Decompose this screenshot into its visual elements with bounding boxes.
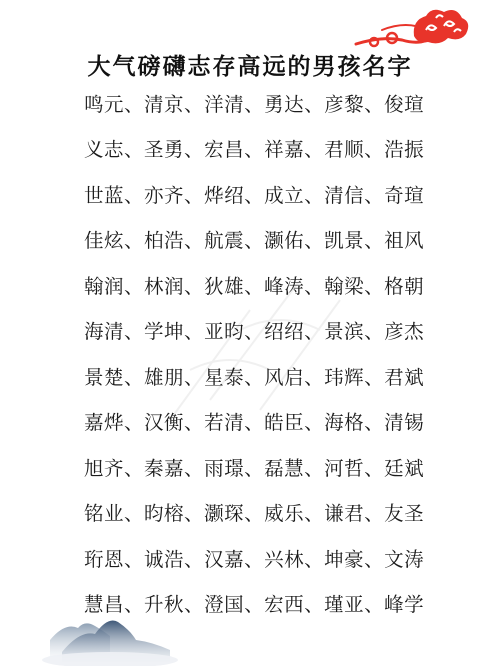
boy-name: 清京 — [144, 90, 184, 120]
separator: 、 — [244, 593, 264, 616]
boy-name: 文涛 — [384, 545, 424, 575]
boy-name: 翰润 — [84, 272, 124, 302]
boy-name: 瑾亚 — [324, 590, 364, 620]
separator: 、 — [184, 275, 204, 298]
boy-name: 彦杰 — [384, 317, 424, 347]
separator: 、 — [304, 457, 324, 480]
boy-name: 祖风 — [384, 226, 424, 256]
boy-name: 君顺 — [324, 135, 364, 165]
boy-name: 玮辉 — [324, 363, 364, 393]
separator: 、 — [124, 411, 144, 434]
boy-name: 亦齐 — [144, 181, 184, 211]
boy-name: 林润 — [144, 272, 184, 302]
separator: 、 — [244, 366, 264, 389]
name-row: 世蓝、亦齐、烨绍、成立、清信、奇瑄 — [84, 181, 429, 211]
separator: 、 — [304, 593, 324, 616]
page-title: 大气磅礴志存高远的男孩名字 — [0, 48, 500, 81]
boy-name: 嘉烨 — [84, 408, 124, 438]
boy-name: 威乐 — [264, 499, 304, 529]
name-row: 翰润、林润、狄雄、峰涛、翰梁、格朝 — [84, 272, 429, 302]
boy-name: 诚浩 — [144, 545, 184, 575]
boy-name: 祥嘉 — [264, 135, 304, 165]
boy-name: 雨璟 — [204, 454, 244, 484]
name-row: 佳炫、柏浩、航震、灏佑、凯景、祖风 — [84, 226, 429, 256]
boy-name: 峰涛 — [264, 272, 304, 302]
separator: 、 — [304, 138, 324, 161]
boy-name: 坤豪 — [324, 545, 364, 575]
separator: 、 — [364, 411, 384, 434]
separator: 、 — [364, 548, 384, 571]
boy-name: 谦君 — [324, 499, 364, 529]
separator: 、 — [244, 229, 264, 252]
separator: 、 — [304, 320, 324, 343]
name-row: 嘉烨、汉衡、若清、皓臣、海格、清锡 — [84, 408, 429, 438]
boy-name: 海清 — [84, 317, 124, 347]
name-row: 义志、圣勇、宏昌、祥嘉、君顺、浩振 — [84, 135, 429, 165]
name-row: 景楚、雄朋、星泰、风启、玮辉、君斌 — [84, 363, 429, 393]
separator: 、 — [124, 229, 144, 252]
separator: 、 — [244, 275, 264, 298]
separator: 、 — [304, 366, 324, 389]
boy-name: 峰学 — [384, 590, 424, 620]
separator: 、 — [364, 93, 384, 116]
boy-name: 澄国 — [204, 590, 244, 620]
name-row: 珩恩、诚浩、汉嘉、兴林、坤豪、文涛 — [84, 545, 429, 575]
boy-name: 雄朋 — [144, 363, 184, 393]
boy-name: 磊慧 — [264, 454, 304, 484]
boy-name: 狄雄 — [204, 272, 244, 302]
separator: 、 — [304, 184, 324, 207]
separator: 、 — [364, 320, 384, 343]
boy-name: 汉衡 — [144, 408, 184, 438]
separator: 、 — [364, 229, 384, 252]
boy-name: 皓臣 — [264, 408, 304, 438]
boy-name: 奇瑄 — [384, 181, 424, 211]
boy-name: 勇达 — [264, 90, 304, 120]
separator: 、 — [304, 229, 324, 252]
separator: 、 — [244, 184, 264, 207]
separator: 、 — [124, 366, 144, 389]
boy-name: 佳炫 — [84, 226, 124, 256]
separator: 、 — [184, 184, 204, 207]
name-row: 鸣元、清京、洋清、勇达、彦黎、俊瑄 — [84, 90, 429, 120]
separator: 、 — [244, 320, 264, 343]
separator: 、 — [244, 502, 264, 525]
separator: 、 — [244, 457, 264, 480]
boy-name: 星泰 — [204, 363, 244, 393]
separator: 、 — [364, 593, 384, 616]
boy-name: 旭齐 — [84, 454, 124, 484]
separator: 、 — [124, 320, 144, 343]
boy-name: 宏西 — [264, 590, 304, 620]
separator: 、 — [304, 93, 324, 116]
boy-name: 海格 — [324, 408, 364, 438]
separator: 、 — [304, 548, 324, 571]
boy-name: 清信 — [324, 181, 364, 211]
boy-name: 若清 — [204, 408, 244, 438]
separator: 、 — [304, 411, 324, 434]
boy-name: 珩恩 — [84, 545, 124, 575]
boy-name: 柏浩 — [144, 226, 184, 256]
name-row: 海清、学坤、亚昀、绍绍、景滨、彦杰 — [84, 317, 429, 347]
boy-name: 义志 — [84, 135, 124, 165]
separator: 、 — [184, 548, 204, 571]
boy-name: 铭业 — [84, 499, 124, 529]
boy-name: 格朝 — [384, 272, 424, 302]
boy-name: 昀榕 — [144, 499, 184, 529]
boy-name: 君斌 — [384, 363, 424, 393]
boy-name: 洋清 — [204, 90, 244, 120]
boy-name: 学坤 — [144, 317, 184, 347]
separator: 、 — [184, 411, 204, 434]
separator: 、 — [304, 502, 324, 525]
boy-name: 亚昀 — [204, 317, 244, 347]
boy-name: 汉嘉 — [204, 545, 244, 575]
separator: 、 — [364, 502, 384, 525]
separator: 、 — [184, 502, 204, 525]
boy-name: 鸣元 — [84, 90, 124, 120]
separator: 、 — [364, 275, 384, 298]
separator: 、 — [364, 366, 384, 389]
separator: 、 — [364, 457, 384, 480]
separator: 、 — [124, 275, 144, 298]
boy-name: 景楚 — [84, 363, 124, 393]
boy-name: 秦嘉 — [144, 454, 184, 484]
boy-name: 廷斌 — [384, 454, 424, 484]
boy-name: 河哲 — [324, 454, 364, 484]
red-cloud-ornament-icon — [352, 6, 472, 50]
boy-name: 宏昌 — [204, 135, 244, 165]
boy-name: 俊瑄 — [384, 90, 424, 120]
boy-name: 友圣 — [384, 499, 424, 529]
name-row: 旭齐、秦嘉、雨璟、磊慧、河哲、廷斌 — [84, 454, 429, 484]
boy-name: 灏琛 — [204, 499, 244, 529]
boy-name: 彦黎 — [324, 90, 364, 120]
separator: 、 — [364, 138, 384, 161]
separator: 、 — [124, 138, 144, 161]
boy-name: 兴林 — [264, 545, 304, 575]
separator: 、 — [124, 93, 144, 116]
separator: 、 — [184, 457, 204, 480]
boy-name: 浩振 — [384, 135, 424, 165]
separator: 、 — [184, 366, 204, 389]
boy-name: 绍绍 — [264, 317, 304, 347]
separator: 、 — [244, 548, 264, 571]
separator: 、 — [244, 138, 264, 161]
separator: 、 — [124, 184, 144, 207]
boy-name: 航震 — [204, 226, 244, 256]
separator: 、 — [244, 93, 264, 116]
separator: 、 — [244, 411, 264, 434]
boy-name: 世蓝 — [84, 181, 124, 211]
boy-name: 景滨 — [324, 317, 364, 347]
separator: 、 — [184, 229, 204, 252]
boy-name: 圣勇 — [144, 135, 184, 165]
boy-name: 清锡 — [384, 408, 424, 438]
name-row: 铭业、昀榕、灏琛、威乐、谦君、友圣 — [84, 499, 429, 529]
boy-name: 灏佑 — [264, 226, 304, 256]
separator: 、 — [184, 320, 204, 343]
name-list-page: 大气磅礴志存高远的男孩名字 鸣元、清京、洋清、勇达、彦黎、俊瑄义志、圣勇、宏昌、… — [0, 0, 500, 666]
separator: 、 — [124, 502, 144, 525]
boy-name: 翰梁 — [324, 272, 364, 302]
separator: 、 — [184, 138, 204, 161]
separator: 、 — [184, 93, 204, 116]
separator: 、 — [364, 184, 384, 207]
separator: 、 — [124, 548, 144, 571]
boy-name: 凯景 — [324, 226, 364, 256]
boy-name: 风启 — [264, 363, 304, 393]
separator: 、 — [304, 275, 324, 298]
boy-name: 烨绍 — [204, 181, 244, 211]
separator: 、 — [124, 457, 144, 480]
boy-name: 成立 — [264, 181, 304, 211]
ink-mountains-icon — [40, 600, 190, 666]
